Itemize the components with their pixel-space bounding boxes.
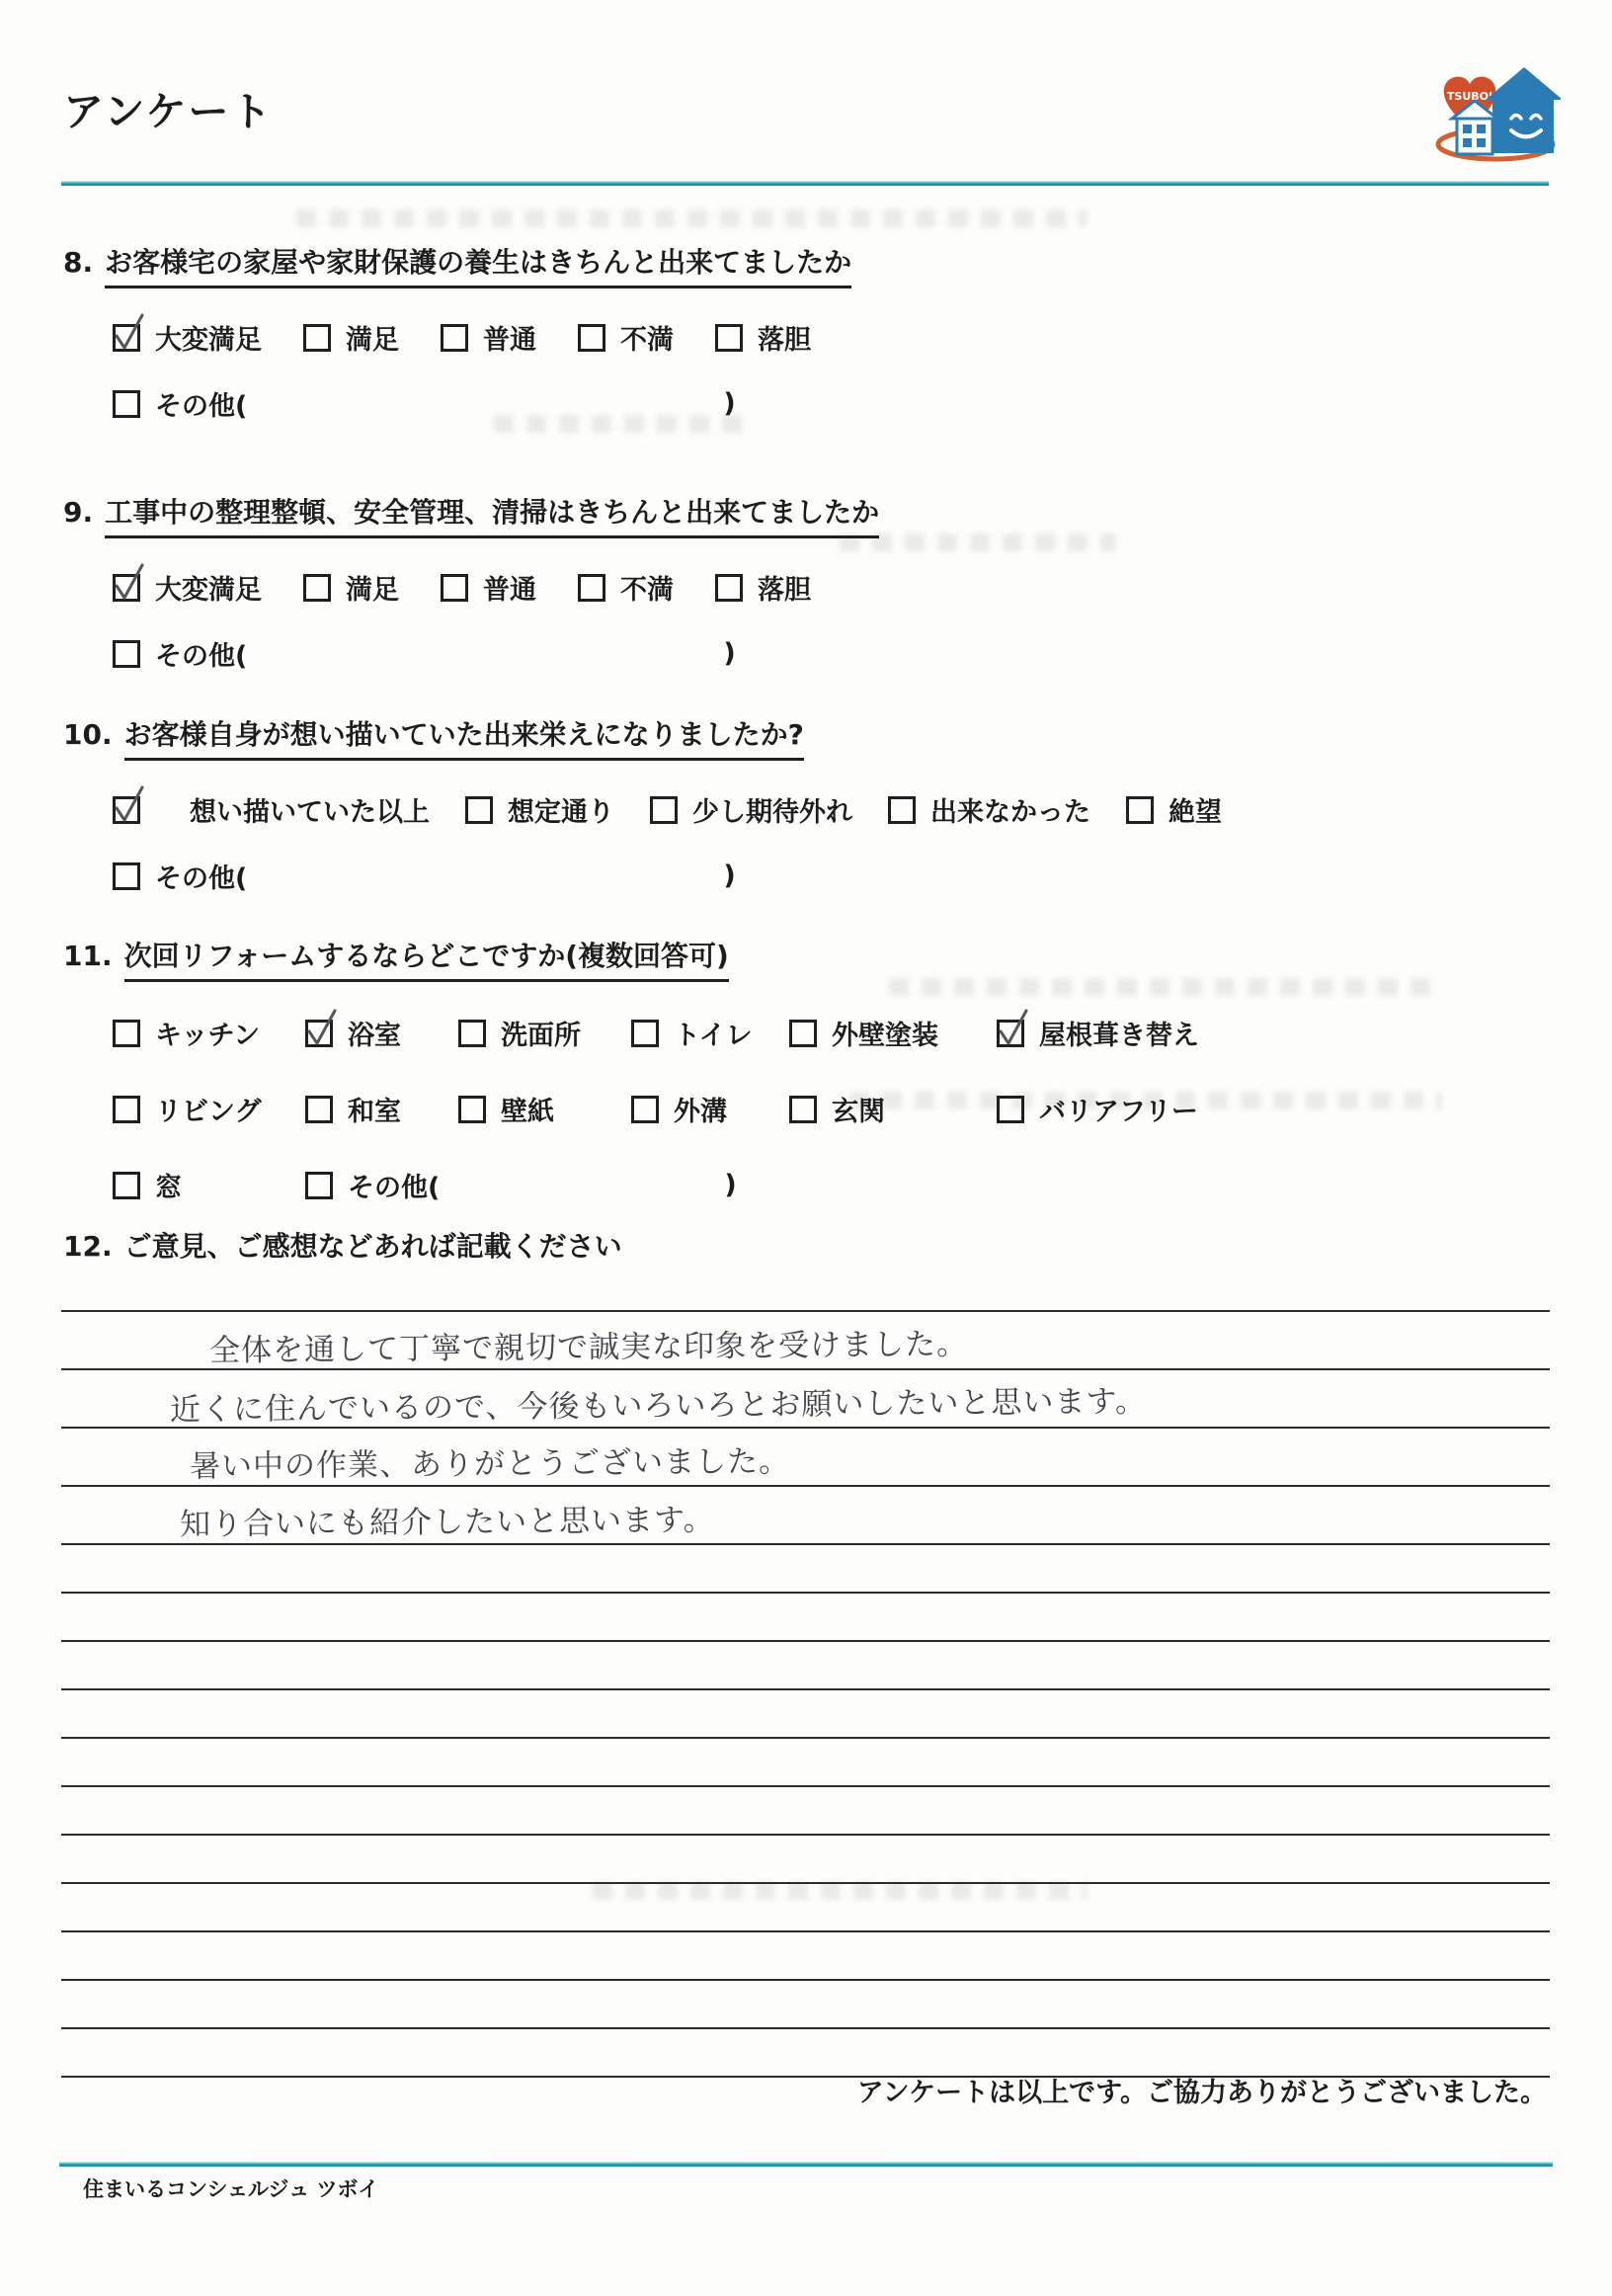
option-gaiheki-tosou[interactable]: 外壁塗装: [789, 1014, 997, 1052]
checkbox-label: トイレ: [674, 1014, 753, 1052]
checkbox[interactable]: [113, 1172, 140, 1199]
paren-close: ): [723, 638, 735, 669]
question-8-title: 8. お客様宅の家屋や家財保護の養生はきちんと出来てましたか: [63, 241, 1555, 288]
comments-area: 全体を通して丁寧で親切で誠実な印象を受けました。 近くに住んでいるので、今後もい…: [61, 1310, 1550, 2078]
question-11: 11. 次回リフォームするならどこですか(複数回答可) キッチン 浴室: [63, 935, 1555, 1204]
checkbox[interactable]: [113, 1020, 140, 1047]
comment-line[interactable]: [61, 1834, 1550, 1882]
header-divider: [61, 181, 1549, 186]
checkbox-other[interactable]: [113, 640, 140, 668]
checkbox[interactable]: [441, 324, 468, 352]
checkbox[interactable]: [465, 796, 493, 824]
question-number: 12.: [63, 1230, 113, 1263]
checkbox-label: バリアフリー: [1039, 1090, 1198, 1128]
checkbox[interactable]: [458, 1096, 486, 1123]
comment-line[interactable]: [61, 1930, 1550, 1979]
checkbox[interactable]: [631, 1020, 659, 1047]
checkbox[interactable]: [715, 324, 743, 352]
comment-line[interactable]: [61, 1688, 1550, 1737]
checkbox[interactable]: [113, 574, 140, 602]
checkbox-other[interactable]: [113, 390, 140, 418]
option-genkan[interactable]: 玄関: [789, 1090, 997, 1128]
checkbox-label: 大変満足: [155, 318, 262, 357]
comment-line[interactable]: [61, 2027, 1550, 2076]
question-text: お客様自身が想い描いていた出来栄えになりましたか?: [124, 713, 804, 761]
option-ijou[interactable]: 想い描いていた以上: [113, 790, 430, 829]
checkbox[interactable]: [303, 324, 331, 352]
checkbox[interactable]: [305, 1020, 333, 1047]
handwritten-checkmark-icon: [304, 1006, 340, 1051]
option-daihenmanzoku[interactable]: 大変満足: [113, 318, 262, 357]
survey-page: アンケート TSUBOI 8. お客様宅の家屋や家財保護の養生はきちんと出来てま…: [0, 0, 1612, 2296]
page-title: アンケート: [63, 79, 274, 137]
other-label: その他(: [155, 634, 247, 673]
checkbox-label: 普通: [483, 318, 536, 357]
question-number: 8.: [63, 246, 93, 279]
comment-line[interactable]: [61, 1592, 1550, 1640]
handwritten-checkmark-icon: [112, 310, 147, 356]
checkbox[interactable]: [441, 574, 468, 602]
option-living[interactable]: リビング: [113, 1090, 305, 1128]
checkbox[interactable]: [789, 1096, 817, 1123]
option-kitaihazure[interactable]: 少し期待外れ: [650, 790, 852, 829]
option-rakutan[interactable]: 落胆: [715, 568, 811, 607]
handwritten-checkmark-icon: [112, 782, 147, 828]
checkbox[interactable]: [997, 1096, 1024, 1123]
checkbox[interactable]: [789, 1020, 817, 1047]
checkbox-label: 少し期待外れ: [692, 790, 852, 829]
tsuboi-house-logo-icon: TSUBOI: [1430, 55, 1561, 166]
checkbox-other[interactable]: [113, 862, 140, 890]
question-8-options: 大変満足 満足 普通 不満: [113, 318, 1555, 357]
question-12-title: 12. ご意見、ご感想などあれば記載ください: [63, 1225, 1555, 1270]
option-kitchen[interactable]: キッチン: [113, 1014, 305, 1052]
footer-divider: [59, 2162, 1553, 2167]
option-dekinakatta[interactable]: 出来なかった: [888, 790, 1090, 829]
checkbox[interactable]: [578, 574, 605, 602]
checkbox-label: 普通: [483, 568, 536, 607]
other-label: その他(: [155, 857, 247, 895]
checkbox[interactable]: [305, 1096, 333, 1123]
question-9-other-row: その他( ): [113, 634, 1555, 673]
option-daihenmanzoku[interactable]: 大変満足: [113, 568, 262, 607]
question-11-options-grid: キッチン 浴室 洗面所 トイレ: [113, 1014, 1555, 1204]
question-number: 10.: [63, 718, 113, 751]
bleedthrough-artifact: [296, 209, 1087, 227]
paren-close: ): [723, 861, 735, 891]
checkbox-label: 満足: [346, 568, 399, 607]
option-senmenjo[interactable]: 洗面所: [458, 1014, 631, 1052]
question-10-options: 想い描いていた以上 想定通り 少し期待外れ 出来なかった: [113, 790, 1555, 829]
checkbox-label: 満足: [346, 318, 399, 357]
handwritten-comment: 全体を通して丁寧で親切で誠実な印象を受けました。: [209, 1319, 968, 1370]
checkbox-label: 窓: [155, 1166, 182, 1204]
checkbox-label: 不満: [620, 318, 674, 357]
checkbox-other[interactable]: [305, 1172, 333, 1199]
checkbox-label: 壁紙: [501, 1090, 554, 1128]
option-fuman[interactable]: 不満: [578, 568, 674, 607]
other-label: その他(: [348, 1166, 440, 1204]
footer-company-name: 住まいるコンシェルジュ ツボイ: [83, 2173, 378, 2203]
checkbox[interactable]: [715, 574, 743, 602]
comment-line[interactable]: [61, 1543, 1550, 1592]
logo-brand-text: TSUBOI: [1447, 90, 1492, 103]
question-10: 10. お客様自身が想い描いていた出来栄えになりましたか? 想い描いていた以上 …: [63, 713, 1555, 895]
question-text: お客様宅の家屋や家財保護の養生はきちんと出来てましたか: [105, 241, 851, 288]
checkbox-label: 出来なかった: [930, 790, 1090, 829]
checkbox-label: 玄関: [832, 1090, 885, 1128]
option-toilet[interactable]: トイレ: [631, 1014, 789, 1052]
option-manzoku[interactable]: 満足: [303, 318, 399, 357]
question-9: 9. 工事中の整理整頓、安全管理、清掃はきちんと出来てましたか 大変満足 満足: [63, 491, 1555, 673]
option-other[interactable]: その他( ): [305, 1166, 1555, 1204]
question-11-title: 11. 次回リフォームするならどこですか(複数回答可): [63, 935, 1555, 982]
checkbox[interactable]: [578, 324, 605, 352]
checkbox[interactable]: [631, 1096, 659, 1123]
checkbox-label: 浴室: [348, 1014, 401, 1052]
comment-line[interactable]: [61, 1640, 1550, 1688]
option-futsuu[interactable]: 普通: [441, 568, 536, 607]
checkbox-label: 外壁塗装: [832, 1014, 938, 1052]
question-number: 9.: [63, 496, 93, 529]
comment-line[interactable]: [61, 1737, 1550, 1785]
checkbox[interactable]: [303, 574, 331, 602]
handwritten-checkmark-icon: [996, 1006, 1031, 1051]
question-9-options: 大変満足 満足 普通 不満: [113, 568, 1555, 607]
checkbox[interactable]: [650, 796, 678, 824]
question-text: 工事中の整理整頓、安全管理、清掃はきちんと出来てましたか: [105, 491, 879, 538]
checkbox-label: 和室: [348, 1090, 401, 1128]
checkbox-label: 洗面所: [501, 1014, 581, 1052]
handwritten-comment: 知り合いにも紹介したいと思います。: [180, 1495, 715, 1544]
checkbox-label: 落胆: [758, 568, 811, 607]
checkbox[interactable]: [997, 1020, 1024, 1047]
question-10-title: 10. お客様自身が想い描いていた出来栄えになりましたか?: [63, 713, 1555, 761]
checkbox-label: 大変満足: [155, 568, 262, 607]
option-souteidoori[interactable]: 想定通り: [465, 790, 614, 829]
option-fuman[interactable]: 不満: [578, 318, 674, 357]
checkbox-label: 屋根葺き替え: [1039, 1014, 1199, 1052]
checkbox[interactable]: [888, 796, 916, 824]
paren-close: ): [723, 388, 735, 419]
option-manzoku[interactable]: 満足: [303, 568, 399, 607]
handwritten-checkmark-icon: [112, 560, 147, 606]
question-9-title: 9. 工事中の整理整頓、安全管理、清掃はきちんと出来てましたか: [63, 491, 1555, 538]
checkbox[interactable]: [1126, 796, 1154, 824]
closing-message: アンケートは以上です。ご協力ありがとうございました。: [857, 2071, 1547, 2109]
option-washitsu[interactable]: 和室: [305, 1090, 458, 1128]
handwritten-comment: 暑い中の作業、ありがとうございました。: [190, 1435, 790, 1485]
question-8: 8. お客様宅の家屋や家財保護の養生はきちんと出来てましたか 大変満足 満足: [63, 241, 1555, 423]
company-logo: TSUBOI: [1430, 55, 1561, 166]
checkbox-label: キッチン: [155, 1014, 260, 1052]
checkbox[interactable]: [458, 1020, 486, 1047]
other-label: その他(: [155, 384, 247, 423]
handwritten-comment: 近くに住んでいるので、今後もいろいろとお願いしたいと思います。: [170, 1376, 1147, 1430]
checkbox-label: 落胆: [758, 318, 811, 357]
comment-line[interactable]: 知り合いにも紹介したいと思います。: [61, 1485, 1550, 1543]
checkbox-label: 不満: [620, 568, 674, 607]
comment-line[interactable]: 暑い中の作業、ありがとうございました。: [61, 1427, 1550, 1485]
question-number: 11.: [63, 940, 113, 972]
question-12: 12. ご意見、ご感想などあれば記載ください: [63, 1225, 1555, 1270]
checkbox[interactable]: [113, 1096, 140, 1123]
checkbox-label: 想定通り: [508, 790, 614, 829]
checkbox-label: 想い描いていた以上: [190, 790, 430, 829]
option-futsuu[interactable]: 普通: [441, 318, 536, 357]
comment-line[interactable]: [61, 1882, 1550, 1930]
option-yanefukikae[interactable]: 屋根葺き替え: [997, 1014, 1555, 1052]
question-10-other-row: その他( ): [113, 857, 1555, 895]
question-text: ご意見、ご感想などあれば記載ください: [124, 1225, 622, 1270]
checkbox-label: 外溝: [674, 1090, 727, 1128]
option-yokushitsu[interactable]: 浴室: [305, 1014, 458, 1052]
question-text: 次回リフォームするならどこですか(複数回答可): [124, 935, 729, 982]
checkbox[interactable]: [113, 796, 140, 824]
checkbox[interactable]: [113, 324, 140, 352]
option-kabegami[interactable]: 壁紙: [458, 1090, 631, 1128]
checkbox-label: リビング: [155, 1090, 261, 1128]
question-8-other-row: その他( ): [113, 384, 1555, 423]
comment-line[interactable]: 近くに住んでいるので、今後もいろいろとお願いしたいと思います。: [61, 1368, 1550, 1427]
comment-line[interactable]: [61, 1979, 1550, 2027]
option-mado[interactable]: 窓: [113, 1166, 305, 1204]
comment-line[interactable]: [61, 1785, 1550, 1834]
paren-close: ): [724, 1170, 736, 1200]
option-rakutan[interactable]: 落胆: [715, 318, 811, 357]
comment-line[interactable]: 全体を通して丁寧で親切で誠実な印象を受けました。: [61, 1310, 1550, 1368]
checkbox-label: 絶望: [1169, 790, 1222, 829]
option-gaikou[interactable]: 外溝: [631, 1090, 789, 1128]
option-zetsubou[interactable]: 絶望: [1126, 790, 1222, 829]
option-barrier-free[interactable]: バリアフリー: [997, 1090, 1555, 1128]
